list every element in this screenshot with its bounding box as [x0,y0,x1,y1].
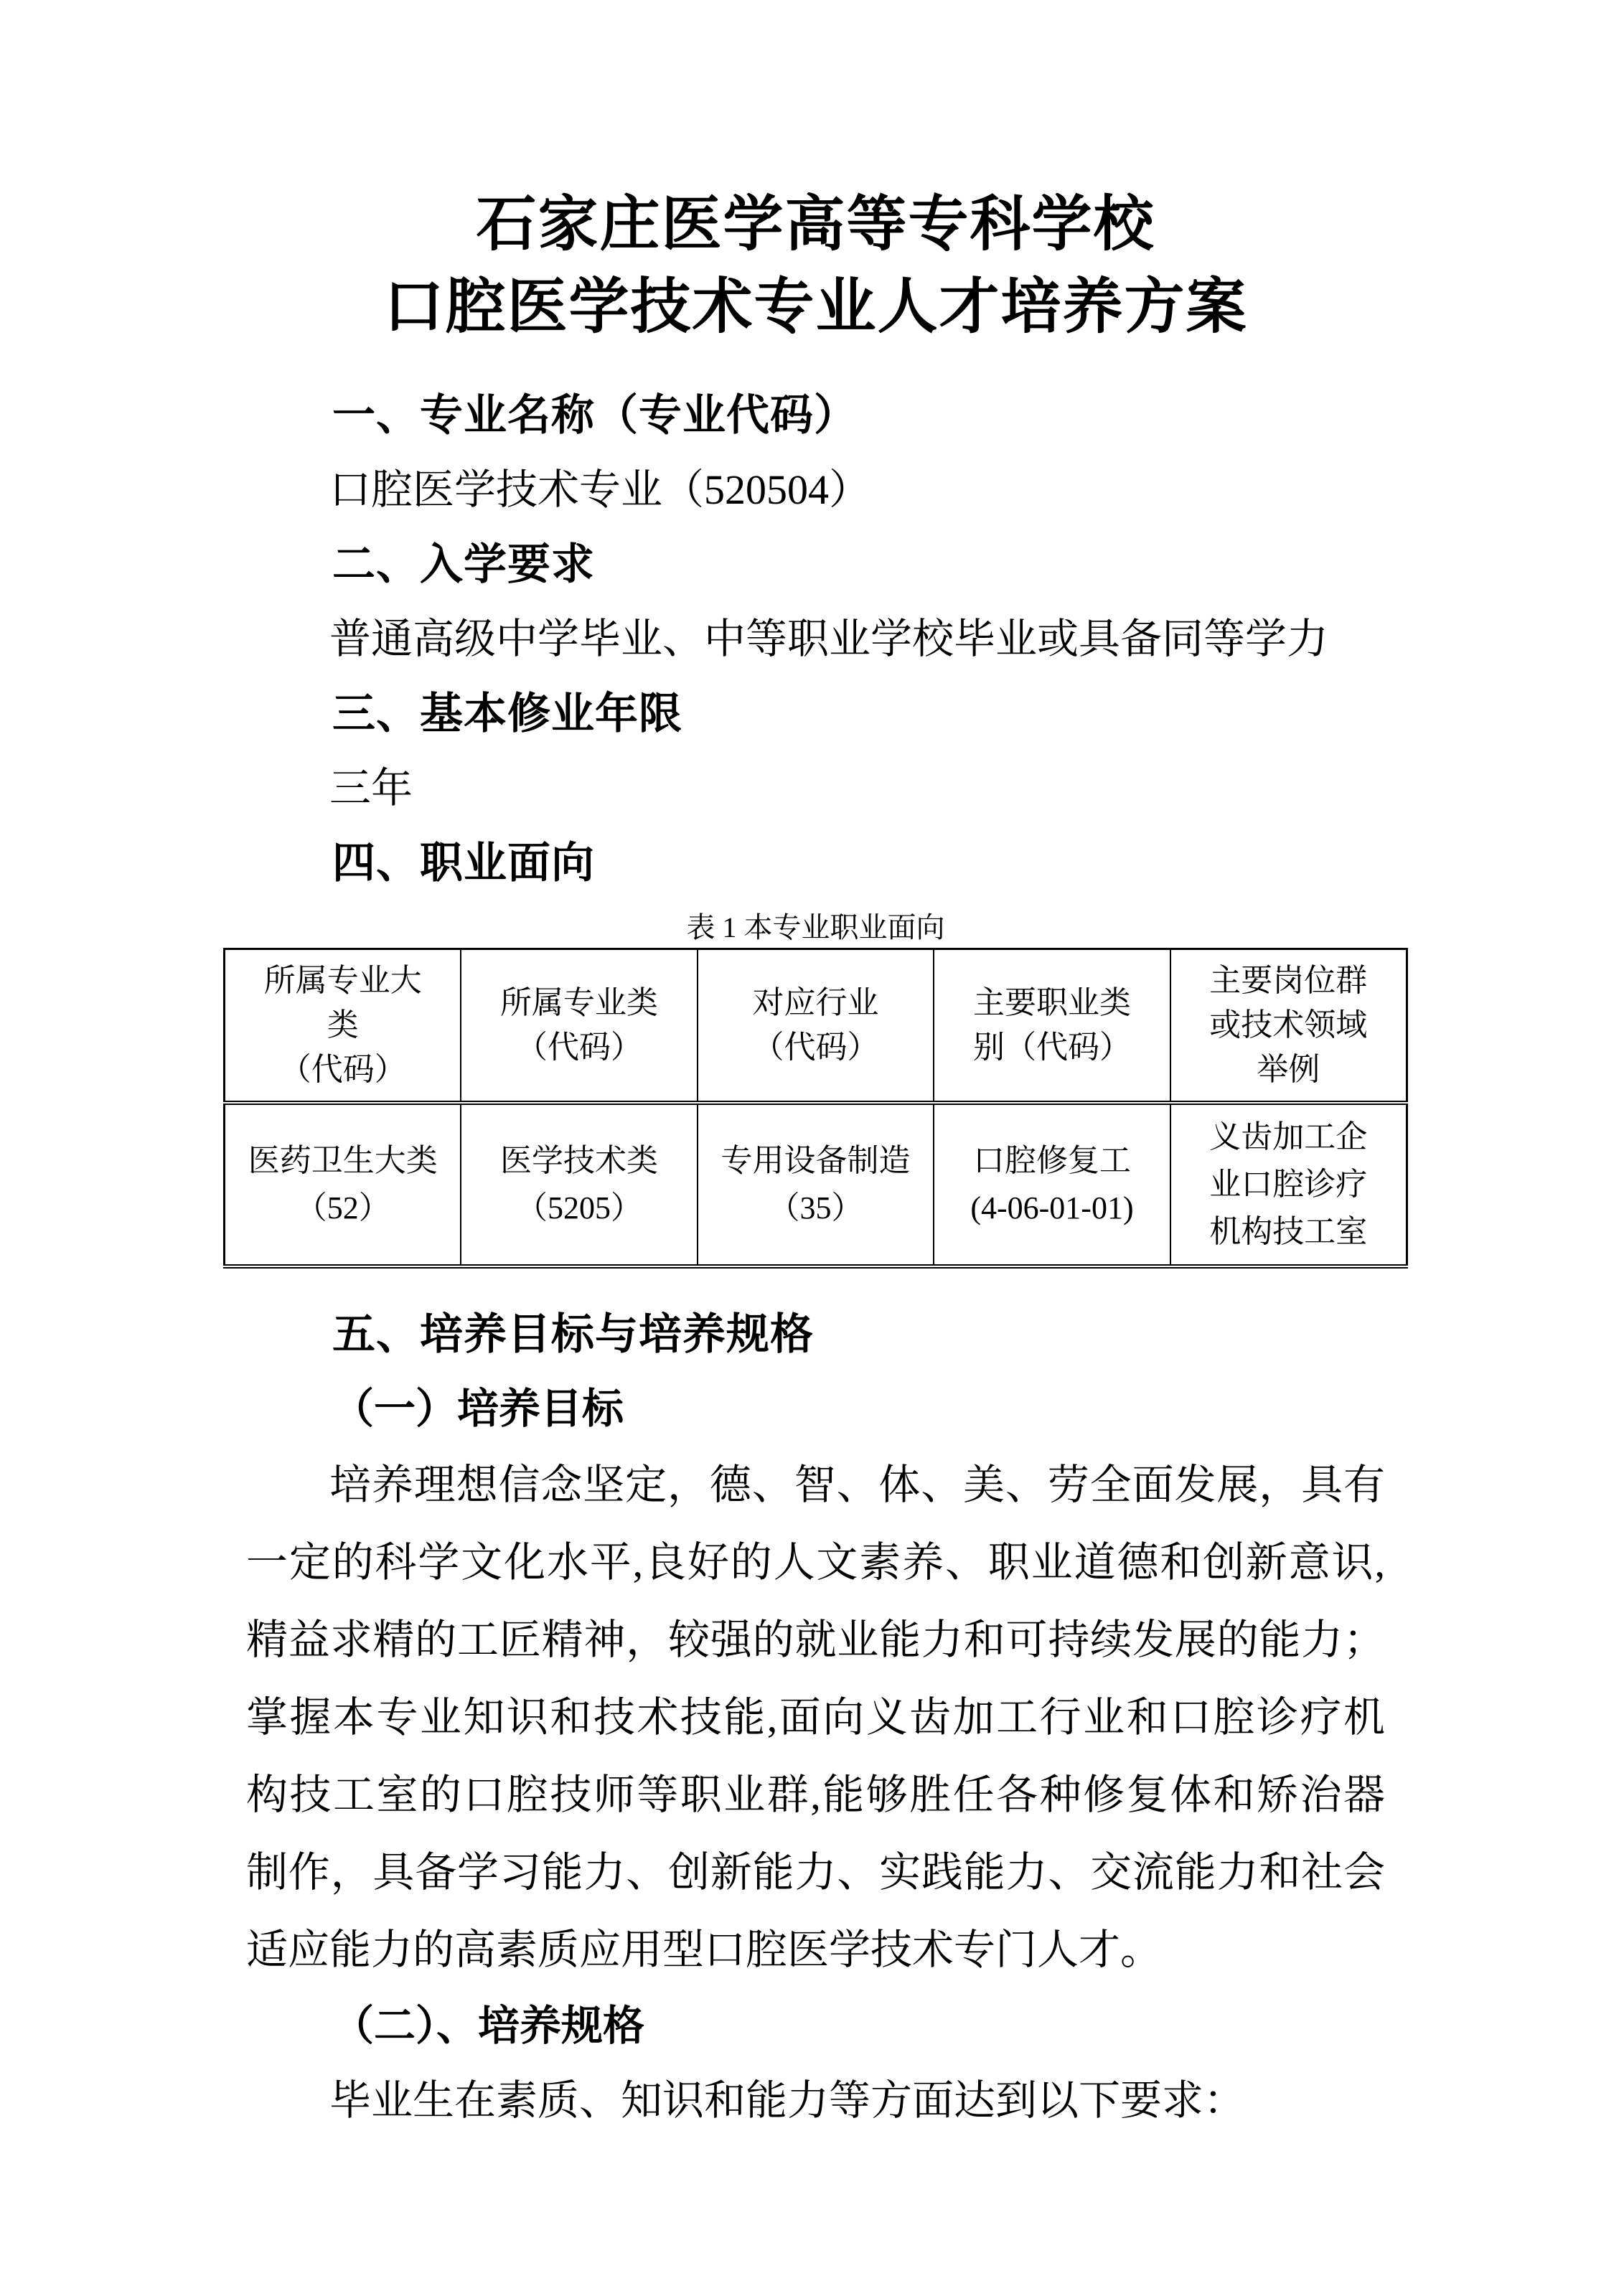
cell-industry: 专用设备制造 （35） [698,1103,934,1266]
training-goal-line-4: 掌握本专业知识和技术技能,面向义齿加工行业和口腔诊疗机 [246,1679,1385,1756]
section-4-heading: 四、职业面向 [246,826,1385,900]
training-goal-line-5: 构技工室的口腔技师等职业群,能够胜任各种修复体和矫治器 [246,1756,1385,1834]
section-3-heading: 三、基本修业年限 [246,677,1385,751]
subsection-5-2-body: 毕业生在素质、知识和能力等方面达到以下要求： [246,2064,1385,2138]
subsection-5-2-heading: （二）、培养规格 [246,1989,1385,2064]
table-1-caption: 表 1 本专业职业面向 [246,908,1385,948]
document-page: 石家庄医学高等专科学校 口腔医学技术专业人才培养方案 一、专业名称（专业代码） … [0,0,1624,2296]
table-data-row: 医药卫生大类 （52） 医学技术类 （5205） 专用设备制造 （35） 口腔修… [225,1103,1407,1266]
table-header-row: 所属专业大 类 （代码） 所属专业类 （代码） 对应行业 （代码） 主要职业类 … [225,949,1407,1104]
section-5-heading: 五、培养目标与培养规格 [246,1297,1385,1372]
document-title-line-1: 石家庄医学高等专科学校 [246,183,1385,265]
col-header-major-class: 所属专业类 （代码） [461,949,697,1104]
subsection-5-1-heading: （一）培养目标 [246,1372,1385,1446]
training-goal-line-7: 适应能力的高素质应用型口腔医学技术专门人才。 [246,1911,1385,1989]
occupation-table-body: 医药卫生大类 （52） 医学技术类 （5205） 专用设备制造 （35） 口腔修… [225,1103,1407,1266]
section-3-body: 三年 [246,751,1385,826]
occupation-table-header: 所属专业大 类 （代码） 所属专业类 （代码） 对应行业 （代码） 主要职业类 … [225,949,1407,1104]
document-title-line-2: 口腔医学技术专业人才培养方案 [246,265,1385,348]
section-1-heading: 一、专业名称（专业代码） [246,378,1385,453]
cell-occupation-category: 口腔修复工 (4-06-01-01) [934,1103,1170,1266]
cell-major-class: 医学技术类 （5205） [461,1103,697,1266]
training-goal-line-6: 制作，具备学习能力、创新能力、实践能力、交流能力和社会 [246,1834,1385,1911]
col-header-major-category: 所属专业大 类 （代码） [225,949,461,1104]
col-header-post-group: 主要岗位群 或技术领域 举例 [1170,949,1407,1104]
training-goal-line-2: 一定的科学文化水平,良好的人文素养、职业道德和创新意识, [246,1524,1385,1601]
cell-major-category: 医药卫生大类 （52） [225,1103,461,1266]
occupation-table: 所属专业大 类 （代码） 所属专业类 （代码） 对应行业 （代码） 主要职业类 … [223,948,1407,1269]
training-goal-line-3: 精益求精的工匠精神，较强的就业能力和可持续发展的能力； [246,1601,1385,1679]
cell-post-group: 义齿加工企 业口腔诊疗 机构技工室 [1170,1103,1407,1266]
section-1-body: 口腔医学技术专业（520504） [246,453,1385,527]
section-2-heading: 二、入学要求 [246,527,1385,602]
col-header-industry: 对应行业 （代码） [698,949,934,1104]
training-goal-line-1: 培养理想信念坚定，德、智、体、美、劳全面发展，具有 [246,1446,1385,1524]
section-2-body: 普通高级中学毕业、中等职业学校毕业或具备同等学力 [246,602,1385,677]
col-header-occupation-category: 主要职业类 别（代码） [934,949,1170,1104]
